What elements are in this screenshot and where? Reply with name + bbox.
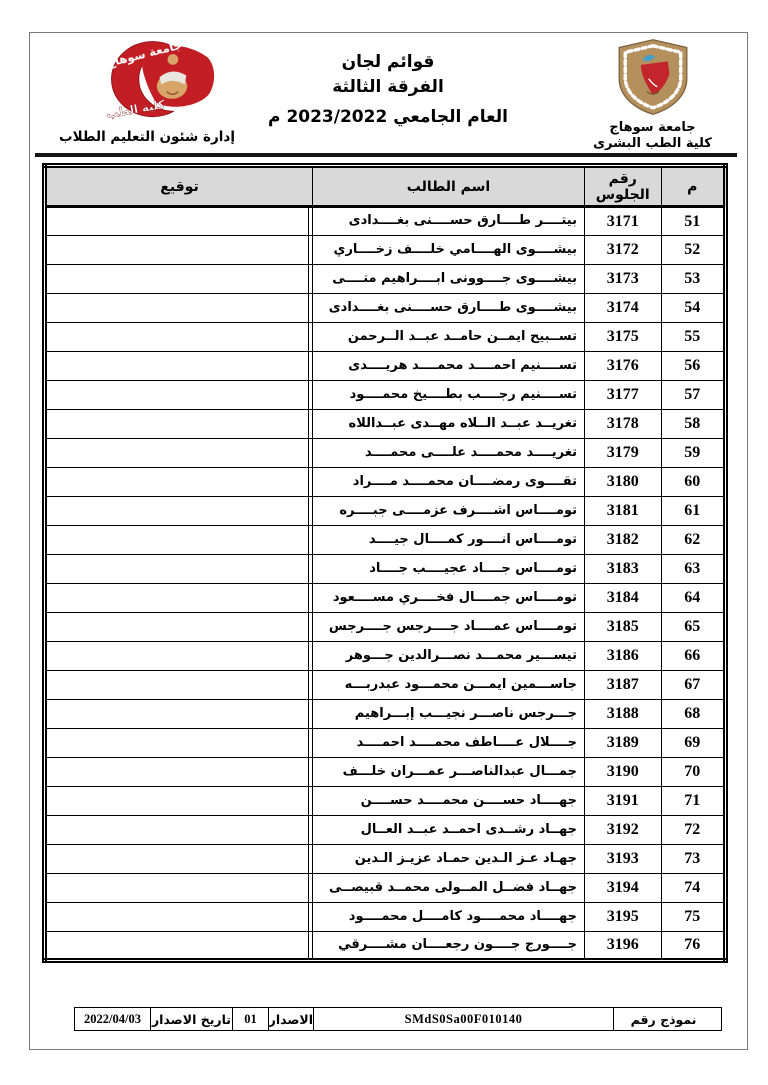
- students-table: م رقم الجلوس اسم الطالب توقيع 51 3171 بي…: [42, 163, 728, 963]
- student-name-cell: جـــرجس ناصـــر نجيـــب إبـــراهيم: [313, 700, 585, 729]
- student-row: 71 3191 جهــــاد حســــن محمــــد حســــ…: [45, 787, 726, 816]
- signature-cell: [45, 439, 313, 468]
- seat-number-cell: 3182: [584, 526, 661, 555]
- serial-number-cell: 73: [661, 845, 725, 874]
- issue-date-label: تاريخ الاصدار: [151, 1008, 233, 1031]
- student-name-cell: جــــورج جــــون رجعــــان مشــــرقي: [313, 932, 585, 961]
- student-row: 75 3195 جهــــاد محمــــود كامــــل محمـ…: [45, 903, 726, 932]
- header-row: م رقم الجلوس اسم الطالب توقيع: [45, 166, 726, 207]
- student-name-cell: تســــنيم احمــــد محمــــد هريــــدى: [313, 352, 585, 381]
- student-row: 59 3179 تغريــــد محمــــد علــــى محمــ…: [45, 439, 726, 468]
- student-row: 61 3181 تومــــاس اشــــرف عزمــــى جبــ…: [45, 497, 726, 526]
- seat-number-cell: 3172: [584, 236, 661, 265]
- title-grade: الفرقة الثالثة: [268, 75, 508, 100]
- student-row: 62 3182 تومــــاس انــــور كمــــال جيــ…: [45, 526, 726, 555]
- signature-cell: [45, 932, 313, 961]
- student-name-cell: تومــــاس جمــــال فخــــري مســــعود: [313, 584, 585, 613]
- title-committee-lists: قوائم لجان: [268, 50, 508, 75]
- serial-number-cell: 59: [661, 439, 725, 468]
- form-info-footer: نموذج رقم SMdS0Sa00F010140 الاصدار 01 تا…: [75, 1007, 722, 1031]
- seat-number-cell: 3190: [584, 758, 661, 787]
- student-name-cell: تغريــد عبــد الــلاه مهــدى عبــداللاه: [313, 410, 585, 439]
- serial-number-cell: 66: [661, 642, 725, 671]
- serial-number-cell: 57: [661, 381, 725, 410]
- student-row: 69 3189 جــــلال عــــاطف محمــــد احمــ…: [45, 729, 726, 758]
- student-row: 63 3183 تومــــاس جــــاد عجيــــب جــــ…: [45, 555, 726, 584]
- committee-list-page: { "header": { "university_block": { "nam…: [0, 0, 768, 1085]
- form-info-row: نموذج رقم SMdS0Sa00F010140 الاصدار 01 تا…: [75, 1008, 722, 1031]
- student-row: 52 3172 بيشــــوى الهــــامي خلــــف زخـ…: [45, 236, 726, 265]
- seat-number-cell: 3184: [584, 584, 661, 613]
- student-row: 76 3196 جــــورج جــــون رجعــــان مشـــ…: [45, 932, 726, 961]
- col-header-seat-number: رقم الجلوس: [584, 166, 661, 207]
- seat-number-cell: 3194: [584, 874, 661, 903]
- student-row: 72 3192 جهــاد رشــدى احمــد عبــد العــ…: [45, 816, 726, 845]
- serial-number-cell: 65: [661, 613, 725, 642]
- serial-number-cell: 68: [661, 700, 725, 729]
- student-name-cell: بيشــــوى الهــــامي خلــــف زخــــاري: [313, 236, 585, 265]
- students-table-body: 51 3171 بيتــــر طــــارق حســــنى بغـــ…: [45, 207, 726, 961]
- serial-number-cell: 54: [661, 294, 725, 323]
- signature-cell: [45, 410, 313, 439]
- university-header-block: جامعة سوهاج كلية الطب البشرى: [580, 38, 725, 152]
- col-header-seat-line1: رقم: [585, 171, 661, 187]
- signature-cell: [45, 468, 313, 497]
- signature-cell: [45, 700, 313, 729]
- signature-cell: [45, 265, 313, 294]
- signature-cell: [45, 236, 313, 265]
- serial-number-cell: 58: [661, 410, 725, 439]
- student-row: 55 3175 تســبيح ايمــن حامــد عبــد الــ…: [45, 323, 726, 352]
- signature-cell: [45, 874, 313, 903]
- signature-cell: [45, 642, 313, 671]
- signature-cell: [45, 555, 313, 584]
- serial-number-cell: 76: [661, 932, 725, 961]
- signature-cell: [45, 845, 313, 874]
- student-name-cell: تومــــاس جــــاد عجيــــب جــــاد: [313, 555, 585, 584]
- student-row: 67 3187 جاســـمين ايمـــن محمـــود عبدرب…: [45, 671, 726, 700]
- signature-cell: [45, 903, 313, 932]
- signature-cell: [45, 381, 313, 410]
- student-row: 60 3180 تقــــوى رمضــــان محمــــد مـــ…: [45, 468, 726, 497]
- seat-number-cell: 3193: [584, 845, 661, 874]
- student-name-cell: جــــلال عــــاطف محمــــد احمــــد: [313, 729, 585, 758]
- serial-number-cell: 74: [661, 874, 725, 903]
- student-row: 53 3173 بيشــــوى جــــوونى ابــــراهيم …: [45, 265, 726, 294]
- student-name-cell: جمـــال عبدالناصـــر عمـــران خلـــف: [313, 758, 585, 787]
- issue-number-value: 01: [233, 1008, 269, 1031]
- signature-cell: [45, 584, 313, 613]
- signature-cell: [45, 323, 313, 352]
- seat-number-cell: 3171: [584, 207, 661, 236]
- student-name-cell: بيشــــوى جــــوونى ابــــراهيم متــــى: [313, 265, 585, 294]
- student-row: 56 3176 تســــنيم احمــــد محمــــد هريـ…: [45, 352, 726, 381]
- department-caption: إدارة شئون التعليم الطلاب: [58, 129, 236, 145]
- student-name-cell: بيتــــر طــــارق حســــنى بغــــدادى: [313, 207, 585, 236]
- medical-crescent-logo-icon: جامعة سوهاج كلية الطب: [66, 107, 228, 126]
- seat-number-cell: 3175: [584, 323, 661, 352]
- seat-number-cell: 3183: [584, 555, 661, 584]
- student-name-cell: جهــــاد محمــــود كامــــل محمــــود: [313, 903, 585, 932]
- students-table-header: م رقم الجلوس اسم الطالب توقيع: [45, 166, 726, 207]
- signature-cell: [45, 207, 313, 236]
- title-academic-year: العام الجامعي 2023/2022 م: [268, 105, 508, 130]
- seat-number-cell: 3176: [584, 352, 661, 381]
- student-name-cell: بيشــــوى طــــارق حســــنى بغــــدادى: [313, 294, 585, 323]
- student-name-cell: جهــاد رشــدى احمــد عبــد العــال: [313, 816, 585, 845]
- serial-number-cell: 75: [661, 903, 725, 932]
- serial-number-cell: 63: [661, 555, 725, 584]
- col-header-seat-line2: الجلوس: [585, 187, 661, 203]
- student-row: 74 3194 جهــاد فضــل المــولى محمــد قبي…: [45, 874, 726, 903]
- seat-number-cell: 3173: [584, 265, 661, 294]
- seat-number-cell: 3185: [584, 613, 661, 642]
- signature-cell: [45, 526, 313, 555]
- seat-number-cell: 3195: [584, 903, 661, 932]
- serial-number-cell: 69: [661, 729, 725, 758]
- seat-number-cell: 3177: [584, 381, 661, 410]
- student-name-cell: تســبيح ايمــن حامــد عبــد الــرحمن: [313, 323, 585, 352]
- seat-number-cell: 3179: [584, 439, 661, 468]
- serial-number-cell: 52: [661, 236, 725, 265]
- student-name-cell: جهـاد عـز الـدين حمـاد عزيـز الـدين: [313, 845, 585, 874]
- student-row: 66 3186 تيســـير محمـــد نصـــرالدين جــ…: [45, 642, 726, 671]
- student-name-cell: جهــاد فضــل المــولى محمــد قبيصــى: [313, 874, 585, 903]
- seat-number-cell: 3191: [584, 787, 661, 816]
- student-name-cell: جهــــاد حســــن محمــــد حســــن: [313, 787, 585, 816]
- student-name-cell: تومــــاس اشــــرف عزمــــى جبــــره: [313, 497, 585, 526]
- student-row: 54 3174 بيشــــوى طــــارق حســــنى بغــ…: [45, 294, 726, 323]
- student-name-cell: تســــنيم رجــــب بطــــيخ محمــــود: [313, 381, 585, 410]
- signature-cell: [45, 352, 313, 381]
- issue-date-value: 2022/04/03: [75, 1008, 151, 1031]
- signature-cell: [45, 613, 313, 642]
- student-row: 64 3184 تومــــاس جمــــال فخــــري مســ…: [45, 584, 726, 613]
- serial-number-cell: 72: [661, 816, 725, 845]
- seat-number-cell: 3180: [584, 468, 661, 497]
- student-row: 57 3177 تســــنيم رجــــب بطــــيخ محمــ…: [45, 381, 726, 410]
- student-row: 70 3190 جمـــال عبدالناصـــر عمـــران خل…: [45, 758, 726, 787]
- serial-number-cell: 71: [661, 787, 725, 816]
- form-code-value: SMdS0Sa00F010140: [314, 1008, 614, 1031]
- student-row: 73 3193 جهـاد عـز الـدين حمـاد عزيـز الـ…: [45, 845, 726, 874]
- serial-number-cell: 53: [661, 265, 725, 294]
- seat-number-cell: 3181: [584, 497, 661, 526]
- university-name: جامعة سوهاج: [580, 120, 725, 136]
- col-header-signature: توقيع: [45, 166, 313, 207]
- students-table-container: م رقم الجلوس اسم الطالب توقيع 51 3171 بي…: [42, 163, 728, 963]
- serial-number-cell: 64: [661, 584, 725, 613]
- signature-cell: [45, 294, 313, 323]
- student-name-cell: جاســـمين ايمـــن محمـــود عبدربـــه: [313, 671, 585, 700]
- serial-number-cell: 67: [661, 671, 725, 700]
- form-number-label: نموذج رقم: [614, 1008, 722, 1031]
- student-name-cell: تغريــــد محمــــد علــــى محمــــد: [313, 439, 585, 468]
- department-header-block: جامعة سوهاج كلية الطب إدارة شئون التعليم…: [58, 38, 236, 145]
- university-shield-logo-icon: [612, 38, 694, 120]
- signature-cell: [45, 758, 313, 787]
- seat-number-cell: 3178: [584, 410, 661, 439]
- signature-cell: [45, 729, 313, 758]
- col-header-student-name: اسم الطالب: [313, 166, 585, 207]
- form-info-table: نموذج رقم SMdS0Sa00F010140 الاصدار 01 تا…: [74, 1007, 722, 1031]
- issue-label: الاصدار: [269, 1008, 314, 1031]
- serial-number-cell: 60: [661, 468, 725, 497]
- serial-number-cell: 55: [661, 323, 725, 352]
- student-row: 68 3188 جـــرجس ناصـــر نجيـــب إبـــراه…: [45, 700, 726, 729]
- student-row: 51 3171 بيتــــر طــــارق حســــنى بغـــ…: [45, 207, 726, 236]
- faculty-name: كلية الطب البشرى: [580, 136, 725, 152]
- signature-cell: [45, 671, 313, 700]
- student-name-cell: تومــــاس عمــــاد جــــرجس جــــرجس: [313, 613, 585, 642]
- signature-cell: [45, 787, 313, 816]
- student-row: 58 3178 تغريــد عبــد الــلاه مهــدى عبـ…: [45, 410, 726, 439]
- signature-cell: [45, 497, 313, 526]
- student-name-cell: تيســـير محمـــد نصـــرالدين جـــوهر: [313, 642, 585, 671]
- student-name-cell: تقــــوى رمضــــان محمــــد مــــراد: [313, 468, 585, 497]
- signature-cell: [45, 816, 313, 845]
- serial-number-cell: 61: [661, 497, 725, 526]
- seat-number-cell: 3189: [584, 729, 661, 758]
- student-name-cell: تومــــاس انــــور كمــــال جيــــد: [313, 526, 585, 555]
- col-header-serial: م: [661, 166, 725, 207]
- serial-number-cell: 56: [661, 352, 725, 381]
- seat-number-cell: 3186: [584, 642, 661, 671]
- serial-number-cell: 70: [661, 758, 725, 787]
- serial-number-cell: 51: [661, 207, 725, 236]
- header-divider-rule: [35, 153, 737, 157]
- seat-number-cell: 3196: [584, 932, 661, 961]
- serial-number-cell: 62: [661, 526, 725, 555]
- student-row: 65 3185 تومــــاس عمــــاد جــــرجس جـــ…: [45, 613, 726, 642]
- document-title-block: قوائم لجان الفرقة الثالثة العام الجامعي …: [268, 50, 508, 130]
- seat-number-cell: 3192: [584, 816, 661, 845]
- seat-number-cell: 3188: [584, 700, 661, 729]
- seat-number-cell: 3187: [584, 671, 661, 700]
- seat-number-cell: 3174: [584, 294, 661, 323]
